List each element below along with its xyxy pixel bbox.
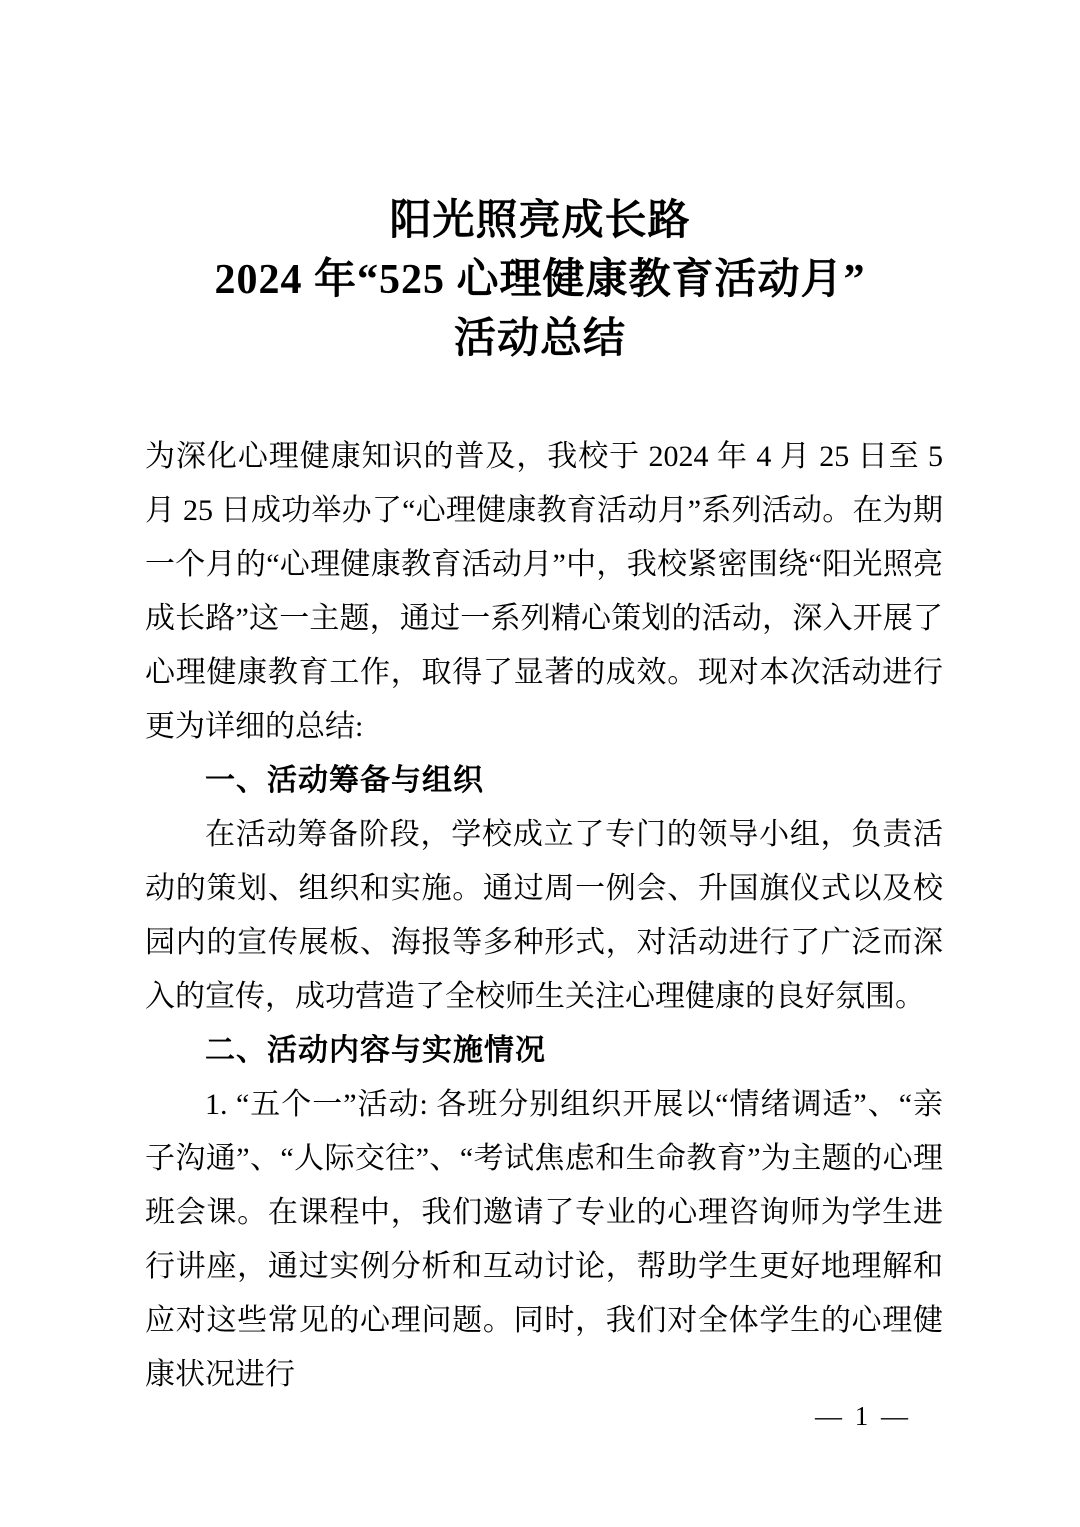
document-page: 阳光照亮成长路 2024 年“525 心理健康教育活动月” 活动总结 为深化心理… [0,0,1080,1527]
doc-title-line-3: 活动总结 [0,310,1080,369]
document-title: 阳光照亮成长路 2024 年“525 心理健康教育活动月” 活动总结 [0,192,1080,369]
section-1-heading: 一、活动筹备与组织 [145,754,943,808]
section-2-paragraph: 1. “五个一”活动: 各班分别组织开展以“情绪调适”、“亲子沟通”、“人际交往… [145,1078,943,1402]
section-2-heading: 二、活动内容与实施情况 [145,1024,943,1078]
doc-title-line-2: 2024 年“525 心理健康教育活动月” [0,251,1080,310]
doc-title-line-1: 阳光照亮成长路 [0,192,1080,251]
section-1-paragraph: 在活动筹备阶段，学校成立了专门的领导小组，负责活动的策划、组织和实施。通过周一例… [145,808,943,1024]
intro-paragraph: 为深化心理健康知识的普及，我校于 2024 年 4 月 25 日至 5 月 25… [145,430,943,754]
page-number: — 1 — [815,1400,911,1432]
document-body: 为深化心理健康知识的普及，我校于 2024 年 4 月 25 日至 5 月 25… [145,430,943,1402]
